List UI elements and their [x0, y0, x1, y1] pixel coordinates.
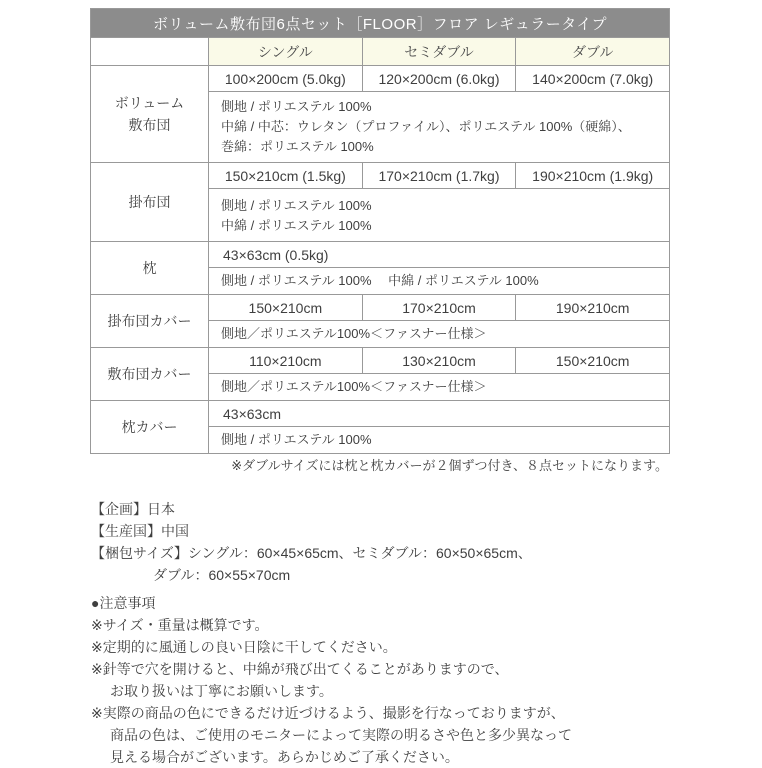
table-row-kakebuton: 掛布団 150×210cm (1.5kg) 170×210cm (1.7kg) … — [91, 162, 669, 241]
table-row-makura-cover: 枕カバー 43×63cm 側地 / ポリエステル 100% — [91, 400, 669, 453]
size-cell-full: 43×63cm — [209, 401, 669, 426]
caution-line: ※サイズ・重量は概算です。 — [91, 614, 711, 636]
size-row: 150×210cm (1.5kg) 170×210cm (1.7kg) 190×… — [209, 163, 669, 189]
size-cell: 150×210cm — [516, 348, 669, 373]
row-label: 枕カバー — [91, 401, 209, 453]
info-line-plan: 【企画】日本 — [91, 498, 711, 520]
row-label: 掛布団カバー — [91, 295, 209, 347]
caution-line: ※実際の商品の色にできるだけ近づけるよう、撮影を行なっておりますが、 — [91, 702, 711, 724]
caution-line: ※定期的に風通しの良い日陰に干してください。 — [91, 636, 711, 658]
caution-line: ※針等で穴を開けると、中綿が飛び出てくることがありますので、 — [91, 658, 711, 680]
size-cell-full: 43×63cm (0.5kg) — [209, 242, 669, 267]
size-cell: 150×210cm (1.5kg) — [209, 163, 363, 188]
row-label: 掛布団 — [91, 163, 209, 241]
cautions-heading: ●注意事項 — [91, 592, 711, 614]
material-details: 側地 / ポリエステル 100% — [209, 427, 669, 453]
table-row-makura: 枕 43×63cm (0.5kg) 側地 / ポリエステル 100% 中綿 / … — [91, 241, 669, 294]
detail-line: 側地／ポリエステル100%＜ファスナー仕様＞ — [221, 324, 657, 344]
detail-line: 巻綿：ポリエステル 100% — [221, 137, 657, 157]
caution-line-cont: 商品の色は、ご使用のモニターによって実際の明るさや色と多少異なって — [91, 724, 711, 746]
detail-line: 側地 / ポリエステル 100% 中綿 / ポリエステル 100% — [221, 271, 657, 291]
caution-line-cont: 見える場合がございます。あらかじめご了承ください。 — [91, 746, 711, 768]
size-cell: 190×210cm — [516, 295, 669, 320]
material-details: 側地 / ポリエステル 100% 中綿 / 中芯：ウレタン（プロファイル）、ポリ… — [209, 92, 669, 162]
size-cell: 130×210cm — [363, 348, 517, 373]
size-cell: 120×200cm (6.0kg) — [363, 66, 517, 91]
table-row-shikifuton-cover: 敷布団カバー 110×210cm 130×210cm 150×210cm 側地／… — [91, 347, 669, 400]
material-details: 側地 / ポリエステル 100% 中綿 / ポリエステル 100% — [209, 268, 669, 294]
detail-line: 側地 / ポリエステル 100% — [221, 430, 657, 450]
column-header-row: シングル セミダブル ダブル — [91, 37, 669, 65]
product-info-block: 【企画】日本 【生産国】中国 【梱包サイズ】シングル：60×45×65cm、セミ… — [91, 498, 711, 768]
double-size-note: ※ダブルサイズには枕と枕カバーが２個ずつ付き、８点セットになります。 — [90, 455, 668, 474]
size-row: 150×210cm 170×210cm 190×210cm — [209, 295, 669, 321]
info-line-package-size: 【梱包サイズ】シングル：60×45×65cm、セミダブル：60×50×65cm、 — [91, 542, 711, 564]
size-row: 100×200cm (5.0kg) 120×200cm (6.0kg) 140×… — [209, 66, 669, 92]
table-row-kakebuton-cover: 掛布団カバー 150×210cm 170×210cm 190×210cm 側地／… — [91, 294, 669, 347]
size-cell: 170×210cm — [363, 295, 517, 320]
size-cell: 170×210cm (1.7kg) — [363, 163, 517, 188]
detail-line: 中綿 / ポリエステル 100% — [221, 216, 657, 236]
row-label: 枕 — [91, 242, 209, 294]
info-line-country: 【生産国】中国 — [91, 520, 711, 542]
column-header-double: ダブル — [516, 38, 669, 65]
detail-line: 側地 / ポリエステル 100% — [221, 97, 657, 117]
material-details: 側地／ポリエステル100%＜ファスナー仕様＞ — [209, 374, 669, 400]
size-row: 43×63cm (0.5kg) — [209, 242, 669, 268]
size-cell: 190×210cm (1.9kg) — [516, 163, 669, 188]
size-cell: 140×200cm (7.0kg) — [516, 66, 669, 91]
size-row: 43×63cm — [209, 401, 669, 427]
detail-line: 側地 / ポリエステル 100% — [221, 196, 657, 216]
info-line-package-size-cont: ダブル：60×55×70cm — [91, 564, 711, 586]
table-title: ボリューム敷布団6点セット［FLOOR］フロア レギュラータイプ — [91, 9, 669, 37]
spec-table: ボリューム敷布団6点セット［FLOOR］フロア レギュラータイプ シングル セミ… — [90, 8, 670, 454]
column-header-empty-cell — [91, 38, 209, 65]
size-cell: 150×210cm — [209, 295, 363, 320]
table-row-volume-shikifuton: ボリューム 敷布団 100×200cm (5.0kg) 120×200cm (6… — [91, 65, 669, 162]
cautions-block: ●注意事項 ※サイズ・重量は概算です。 ※定期的に風通しの良い日陰に干してくださ… — [91, 592, 711, 768]
column-header-semidouble: セミダブル — [363, 38, 517, 65]
material-details: 側地／ポリエステル100%＜ファスナー仕様＞ — [209, 321, 669, 347]
material-details: 側地 / ポリエステル 100% 中綿 / ポリエステル 100% — [209, 189, 669, 241]
row-label: 敷布団カバー — [91, 348, 209, 400]
row-label: ボリューム 敷布団 — [91, 66, 209, 162]
column-header-single: シングル — [209, 38, 363, 65]
detail-line: 中綿 / 中芯：ウレタン（プロファイル）、ポリエステル 100%（硬綿）、 — [221, 117, 657, 137]
detail-line: 側地／ポリエステル100%＜ファスナー仕様＞ — [221, 377, 657, 397]
size-row: 110×210cm 130×210cm 150×210cm — [209, 348, 669, 374]
size-cell: 100×200cm (5.0kg) — [209, 66, 363, 91]
caution-line-cont: お取り扱いは丁寧にお願いします。 — [91, 680, 711, 702]
size-cell: 110×210cm — [209, 348, 363, 373]
